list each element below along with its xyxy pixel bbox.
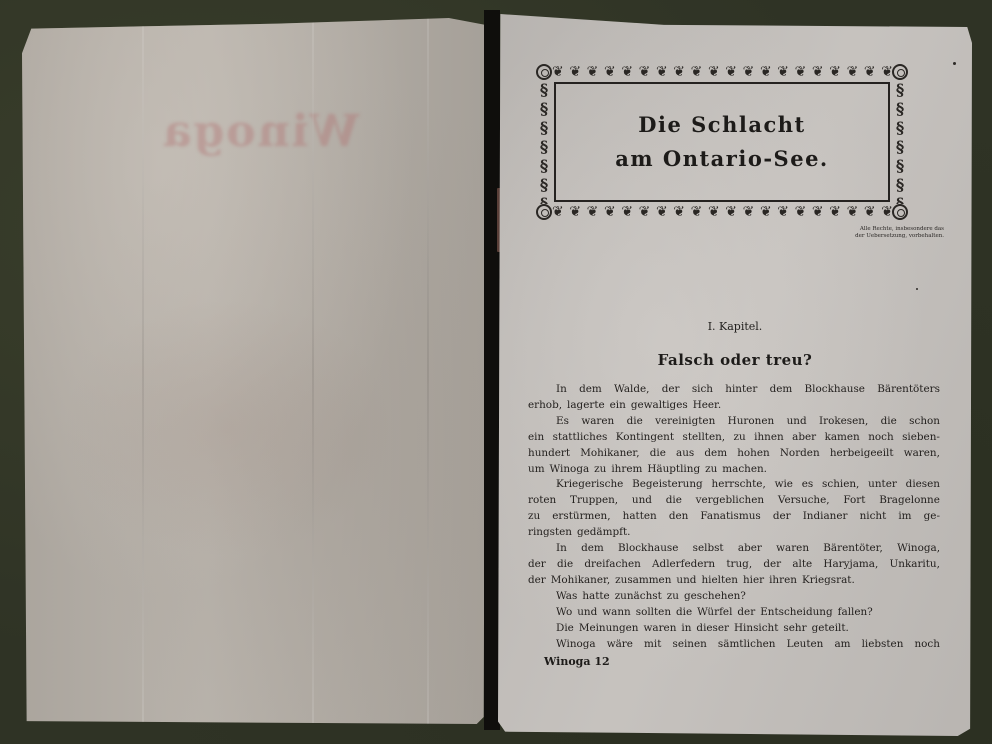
bleed-through-stain [62,298,392,558]
leaf-border-bottom: ❦❦❦❦❦❦❦❦❦❦❦❦❦❦❦❦❦❦❦❦ [552,204,892,220]
leaf-ornament-icon: § [896,99,904,118]
text-line: einstattlichesKontingentstellten,zuihnen… [528,430,940,446]
leaf-ornament-icon: ❦ [587,64,598,80]
text-line: ringstengedämpft. [528,525,940,541]
ornamental-title-frame: ❦❦❦❦❦❦❦❦❦❦❦❦❦❦❦❦❦❦❦❦ ❦❦❦❦❦❦❦❦❦❦❦❦❦❦❦❦❦❦❦… [536,64,908,220]
leaf-ornament-icon: ❦ [552,64,563,80]
leaf-ornament-icon: ❦ [639,204,650,220]
text-line: KriegerischeBegeisterungherrschte,wieess… [528,477,940,493]
text-line: IndemWalde,dersichhinterdemBlockhauseBär… [528,382,940,398]
leaf-ornament-icon: § [896,80,904,99]
chapter-number: I. Kapitel. [498,320,972,333]
leaf-ornament-icon: ❦ [569,64,580,80]
leaf-ornament-icon: ❦ [691,204,702,220]
text-line: IndemBlockhauseselbstaberwarenBärentöter… [528,541,940,557]
leaf-ornament-icon: § [540,137,548,156]
leaf-ornament-icon: § [540,118,548,137]
back-cover-page: Winoga [22,18,486,724]
leaf-ornament-icon: § [896,118,904,137]
leaf-ornament-icon: ❦ [552,204,563,220]
leaf-ornament-icon: ❦ [881,64,892,80]
chapter-title: Falsch oder treu? [498,351,972,369]
title-line-2: am Ontario-See. [615,142,828,176]
leaf-ornament-icon: ❦ [829,204,840,220]
leaf-ornament-icon: ❦ [708,64,719,80]
leaf-ornament-icon: ❦ [604,64,615,80]
text-line: rotenTruppen,unddievergeblichenVersuche,… [528,493,940,509]
leaf-ornament-icon: ❦ [725,204,736,220]
leaf-ornament-icon: ❦ [864,204,875,220]
leaf-ornament-icon: ❦ [656,204,667,220]
paper-speck [916,288,918,290]
leaf-ornament-icon: ❦ [656,64,667,80]
rose-ornament-icon [536,64,552,80]
leaf-ornament-icon: ❦ [760,204,771,220]
leaf-ornament-icon: ❦ [673,64,684,80]
leaf-ornament-icon: ❦ [708,204,719,220]
signature-mark: Winoga 12 [544,655,610,668]
rose-ornament-icon [892,204,908,220]
leaf-ornament-icon: ❦ [881,204,892,220]
leaf-ornament-icon: ❦ [829,64,840,80]
text-line: derMohikaner,zusammenundhieltenhierihren… [528,573,940,589]
leaf-ornament-icon: ❦ [569,204,580,220]
leaf-ornament-icon: ❦ [743,64,754,80]
leaf-ornament-icon: § [540,194,548,204]
paper-crease [142,18,144,724]
leaf-ornament-icon: ❦ [777,64,788,80]
leaf-ornament-icon: § [540,99,548,118]
rose-ornament-icon [892,64,908,80]
rights-notice-line: Alle Rechte, insbesondere das [784,226,944,233]
leaf-ornament-icon: ❦ [621,64,632,80]
rose-ornament-icon [536,204,552,220]
leaf-ornament-icon: ❦ [777,204,788,220]
body-text: IndemWalde,dersichhinterdemBlockhauseBär… [528,382,940,652]
leaf-ornament-icon: ❦ [621,204,632,220]
leaf-ornament-icon: ❦ [760,64,771,80]
leaf-border-top: ❦❦❦❦❦❦❦❦❦❦❦❦❦❦❦❦❦❦❦❦ [552,64,892,80]
leaf-border-right: §§§§§§§ [892,80,908,204]
rights-notice-line: der Uebersetzung, vorbehalten. [784,233,944,240]
leaf-ornament-icon: ❦ [587,204,598,220]
leaf-ornament-icon: ❦ [673,204,684,220]
leaf-border-left: §§§§§§§ [536,80,552,204]
text-line: WoundwannsolltendieWürfelderEntscheidung… [528,605,940,621]
leaf-ornament-icon: ❦ [795,204,806,220]
title-line-1: Die Schlacht [638,108,805,142]
text-line: erhob,lagerteeingewaltigesHeer. [528,398,940,414]
leaf-ornament-icon: § [540,175,548,194]
leaf-ornament-icon: ❦ [847,64,858,80]
text-line: Washattezunächstzugeschehen? [528,589,940,605]
leaf-ornament-icon: § [896,194,904,204]
paper-crease [312,18,314,724]
leaf-ornament-icon: § [896,137,904,156]
leaf-ornament-icon: ❦ [691,64,702,80]
leaf-ornament-icon: ❦ [812,204,823,220]
text-line: WinogawäremitseinensämtlichenLeutenamlie… [528,637,940,653]
paper-speck [953,62,956,65]
leaf-ornament-icon: § [896,156,904,175]
bleed-through-title: Winoga [90,106,430,166]
leaf-ornament-icon: § [540,80,548,99]
leaf-ornament-icon: ❦ [725,64,736,80]
paper-crease [427,18,429,724]
leaf-ornament-icon: ❦ [743,204,754,220]
title-page: ❦❦❦❦❦❦❦❦❦❦❦❦❦❦❦❦❦❦❦❦ ❦❦❦❦❦❦❦❦❦❦❦❦❦❦❦❦❦❦❦… [498,14,972,736]
text-line: EswarendievereinigtenHuronenundIrokesen,… [528,414,940,430]
leaf-ornament-icon: ❦ [864,64,875,80]
leaf-ornament-icon: ❦ [639,64,650,80]
text-line: derdiedreifachenAdlerfederntrug,deralteH… [528,557,940,573]
leaf-ornament-icon: ❦ [847,204,858,220]
booklet-spine [484,10,500,730]
text-line: umWinogazuihremHäuptlingzumachen. [528,462,940,478]
leaf-ornament-icon: ❦ [812,64,823,80]
text-line: hundertMohikaner,dieausdemhohenNordenher… [528,446,940,462]
leaf-ornament-icon: § [896,175,904,194]
leaf-ornament-icon: ❦ [795,64,806,80]
text-line: zuerstürmen,hattendenFanatismusderIndian… [528,509,940,525]
title-box: Die Schlacht am Ontario-See. [554,82,890,202]
leaf-ornament-icon: ❦ [604,204,615,220]
leaf-ornament-icon: § [540,156,548,175]
text-line: DieMeinungenwarenindieserHinsichtsehrget… [528,621,940,637]
rights-notice: Alle Rechte, insbesondere das der Uebers… [784,226,944,240]
